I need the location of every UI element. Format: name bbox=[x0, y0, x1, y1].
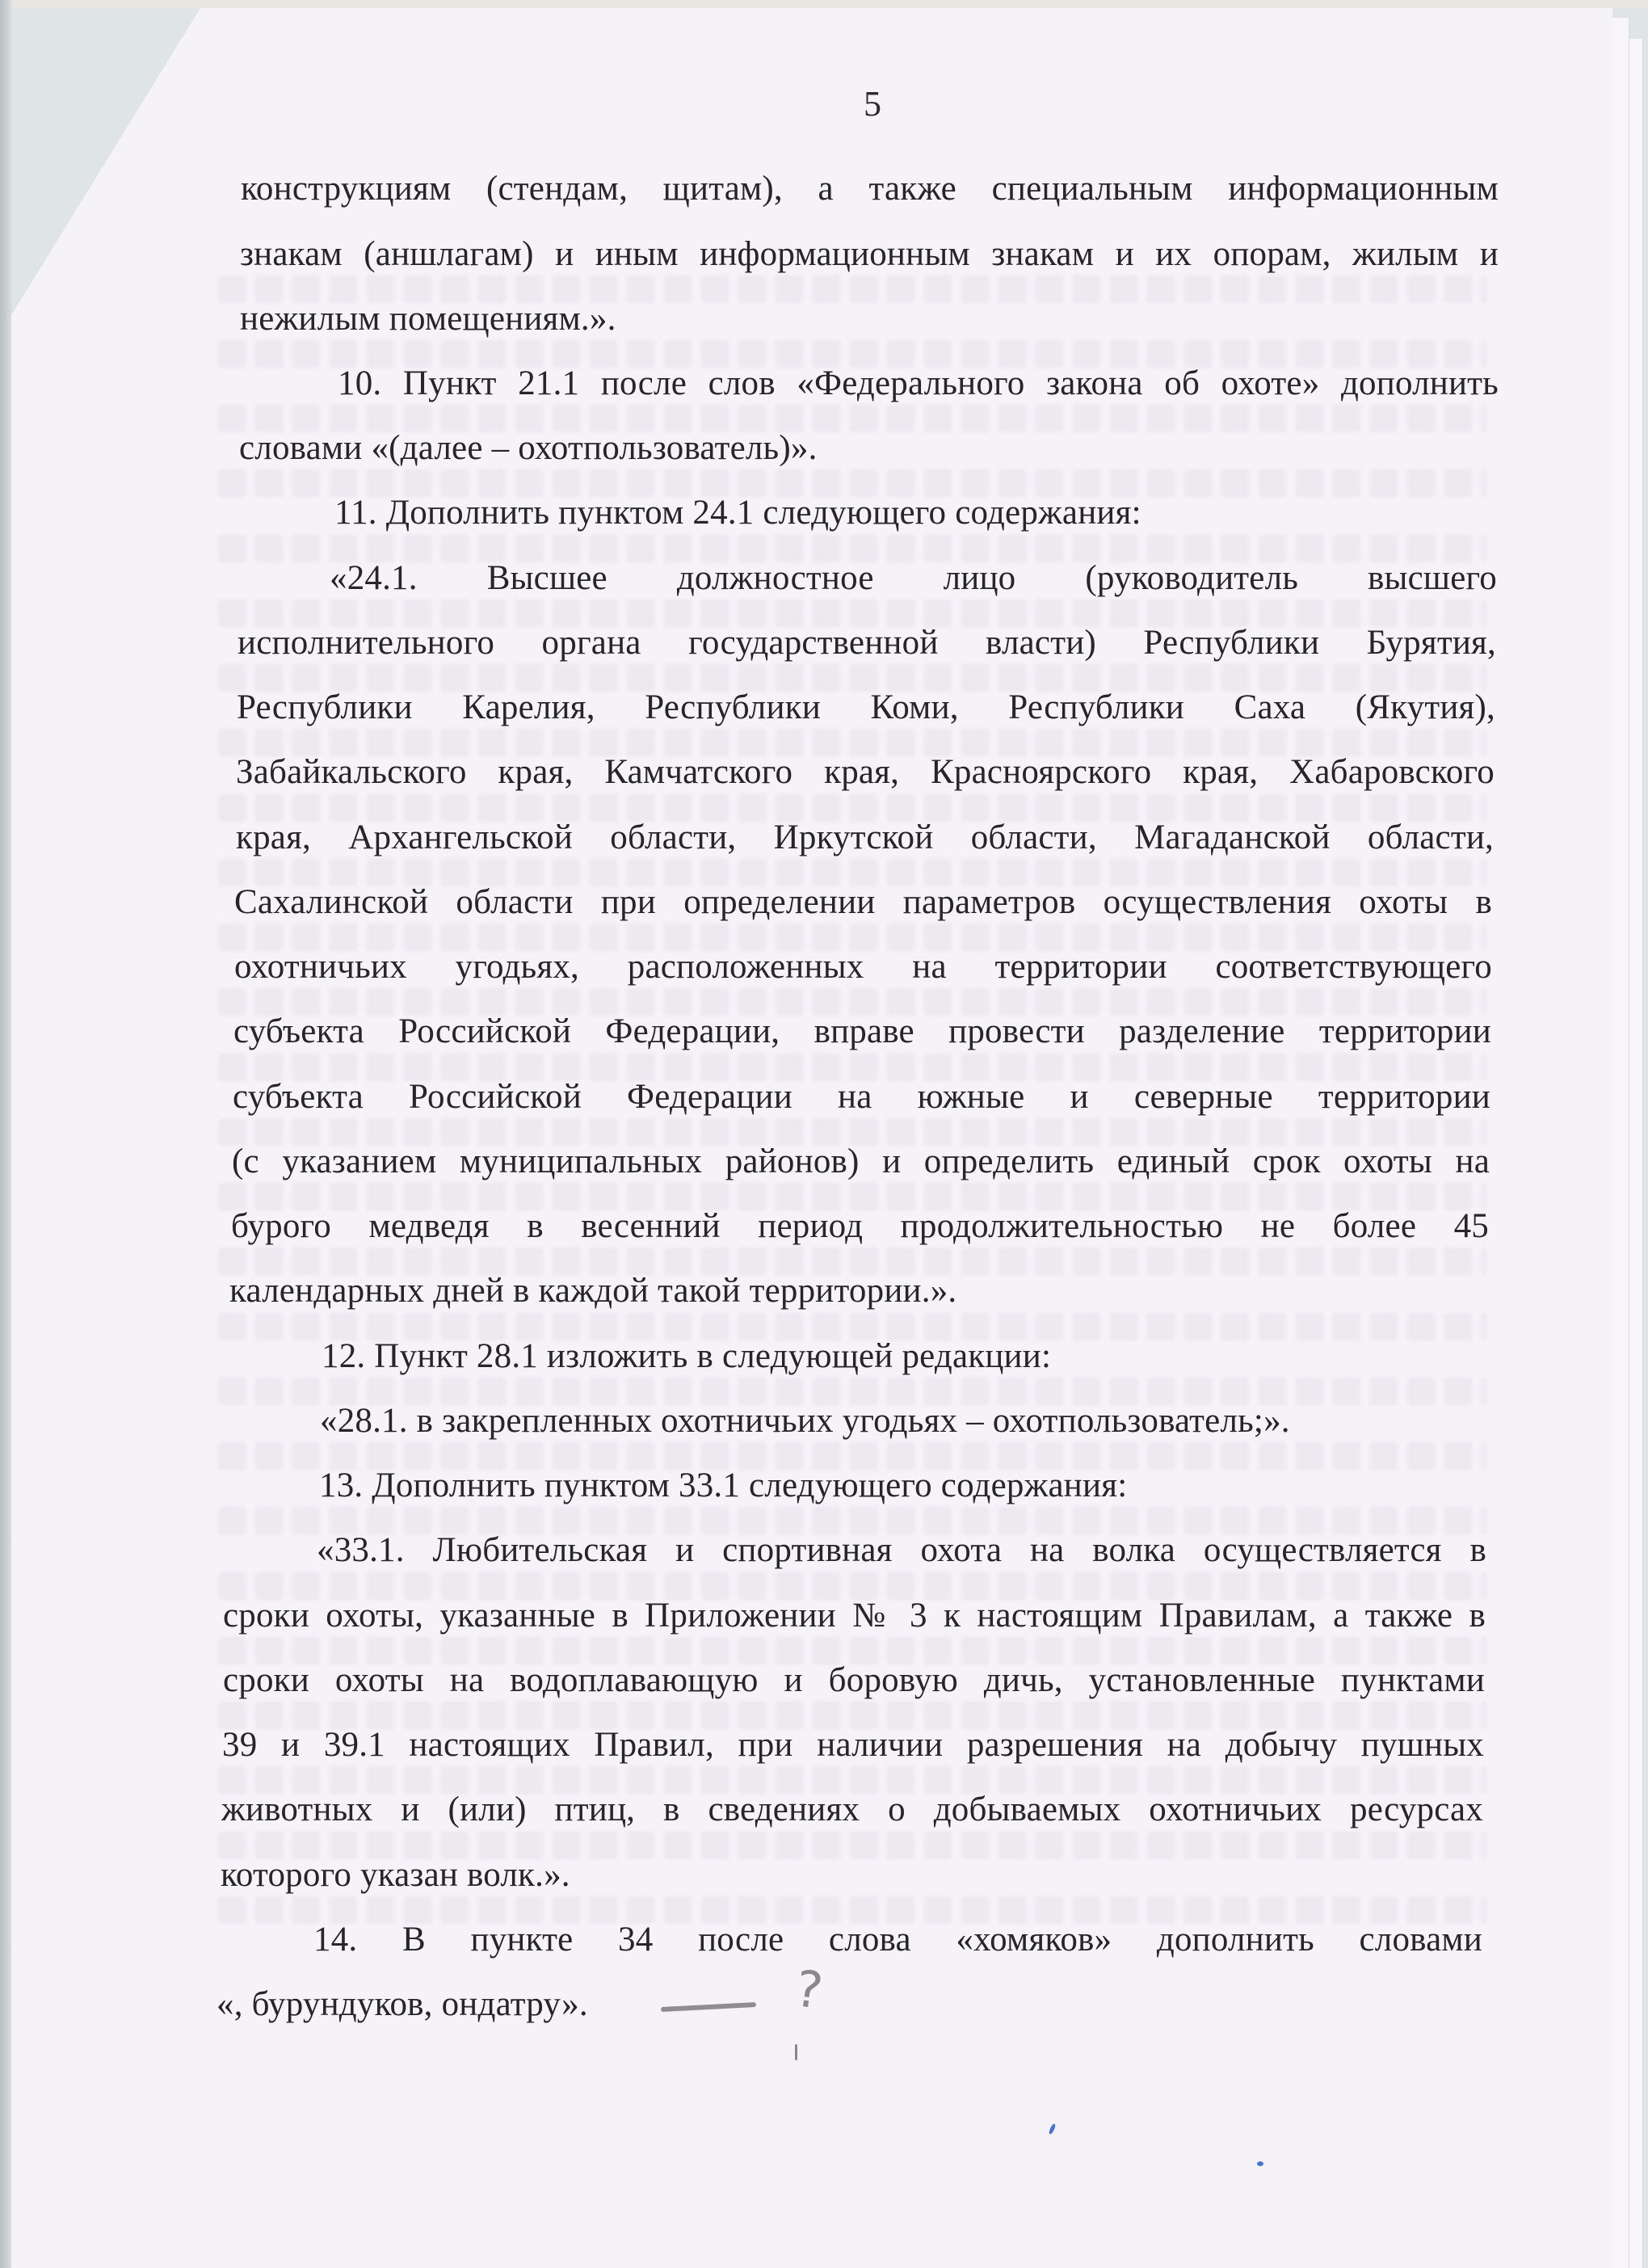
pencil-tick-mark bbox=[795, 2044, 797, 2060]
text-line: исполнительного органа государственной в… bbox=[238, 621, 1496, 666]
text-line: охотничьих угодьях, расположенных на тер… bbox=[234, 945, 1492, 990]
text-line: Республики Карелия, Республики Коми, Рес… bbox=[237, 685, 1495, 730]
text-line: 11. Дополнить пунктом 24.1 следующего со… bbox=[334, 490, 1141, 536]
scanner-bed-left-edge bbox=[0, 0, 11, 2268]
blue-ink-speck bbox=[1257, 2161, 1263, 2166]
text-line: бурого медведя в весенний период продолж… bbox=[231, 1204, 1489, 1249]
text-line: сроки охоты на водоплавающую и боровую д… bbox=[223, 1658, 1485, 1703]
text-line: «, бурундуков, ондатру». bbox=[217, 1982, 588, 2027]
text-line: Сахалинской области при определении пара… bbox=[234, 880, 1492, 925]
text-line: «24.1. Высшее должностное лицо (руководи… bbox=[330, 556, 1497, 601]
text-line: словами «(далее – охотпользователь)». bbox=[239, 426, 818, 471]
text-line: 13. Дополнить пунктом 33.1 следующего со… bbox=[319, 1463, 1127, 1508]
text-line: 14. В пункте 34 после слова «хомяков» до… bbox=[313, 1917, 1482, 1963]
text-line: края, Архангельской области, Иркутской о… bbox=[236, 815, 1494, 860]
text-line: «33.1. Любительская и спортивная охота н… bbox=[317, 1528, 1486, 1573]
text-line: которого указан волк.». bbox=[221, 1853, 570, 1898]
scanner-bed-top bbox=[0, 0, 1648, 8]
text-line: 39 и 39.1 настоящих Правил, при наличии … bbox=[222, 1723, 1484, 1768]
text-line: календарных дней в каждой такой территор… bbox=[229, 1269, 956, 1314]
text-line: субъекта Российской Федерации на южные и… bbox=[233, 1075, 1490, 1120]
text-line: 10. Пункт 21.1 после слов «Федерального … bbox=[338, 361, 1499, 406]
text-line: субъекта Российской Федерации, вправе пр… bbox=[233, 1009, 1491, 1054]
text-line: «28.1. в закрепленных охотничьих угодьях… bbox=[320, 1399, 1290, 1444]
page-number: 5 bbox=[856, 84, 889, 124]
text-line: животных и (или) птиц, в сведениях о доб… bbox=[221, 1787, 1483, 1832]
text-line: сроки охоты, указанные в Приложении № 3 … bbox=[223, 1593, 1486, 1639]
text-line: (с указанием муниципальных районов) и оп… bbox=[232, 1139, 1490, 1184]
text-line: нежилым помещениям.». bbox=[240, 297, 616, 342]
text-line: конструкциям (стендам, щитам), а также с… bbox=[241, 166, 1499, 212]
text-line: знакам (аншлагам) и иным информационным … bbox=[240, 232, 1499, 277]
text-line: 12. Пункт 28.1 изложить в следующей реда… bbox=[322, 1334, 1051, 1379]
text-line: Забайкальского края, Камчатского края, К… bbox=[236, 750, 1495, 795]
